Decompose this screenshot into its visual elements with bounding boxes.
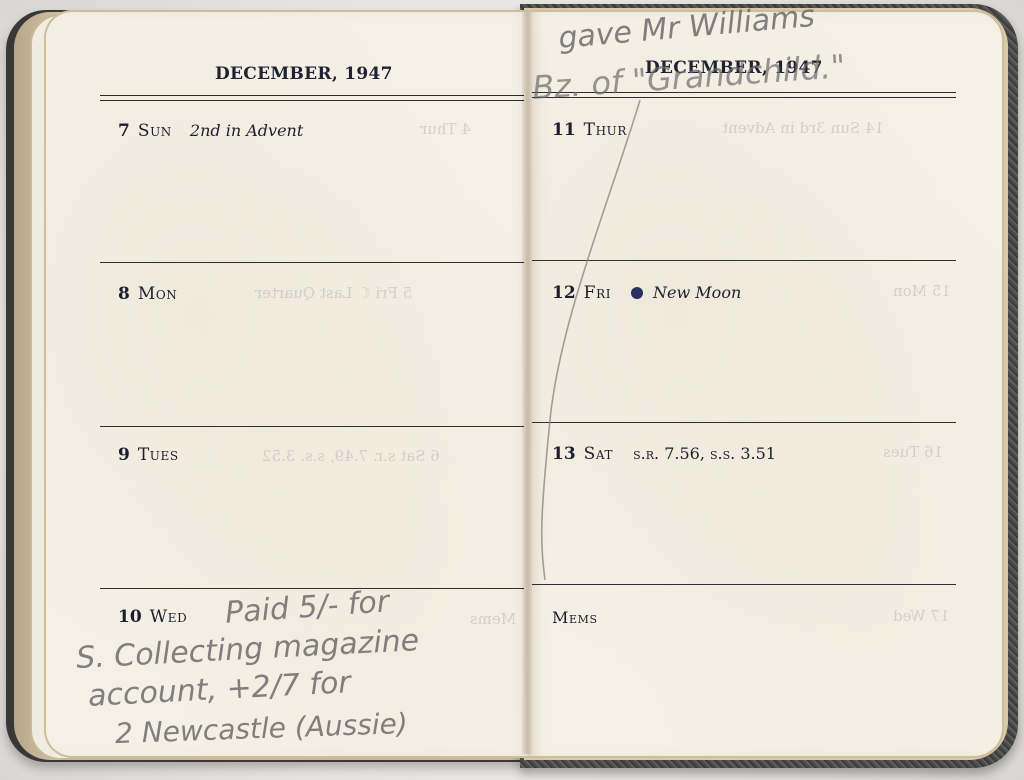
ghost-text: 4 Thur [420,120,471,138]
day-entry-12: 12FriNew Moon [552,283,741,303]
day-number: 13 [552,444,576,464]
ghost-text: 6 Sat s.r. 7.49, s.s. 3.52 [262,447,440,465]
day-divider [100,262,524,263]
ghost-text: 14 Sun 3rd in Advent [722,119,884,137]
day-note: New Moon [653,283,741,302]
day-number: 10 [118,607,142,627]
day-weekday: Wed [150,607,188,627]
header-rule-left [100,95,524,96]
day-number: 8 [118,284,130,304]
day-note: 2nd in Advent [190,121,303,140]
day-weekday: Fri [584,283,611,303]
day-weekday: Thur [584,120,627,140]
ghost-text: 17 Wed [893,607,950,625]
day-divider [532,422,956,423]
page-header-left: DECEMBER, 1947 [215,64,393,84]
day-entry-9: 9Tues [118,445,179,465]
day-number: 7 [118,121,130,141]
ghost-text: 16 Tues [883,443,943,461]
day-divider [532,584,956,585]
book-gutter [522,12,532,754]
mems-label: Mems [552,608,598,627]
day-weekday: Mon [138,284,178,304]
day-number: 11 [552,120,576,140]
day-number: 12 [552,283,576,303]
ghost-text: 5 Fri ☾ Last Quarter [255,284,412,302]
day-weekday: Sun [138,121,172,141]
ghost-text: Mems [470,610,516,628]
day-weekday: Sat [584,444,613,464]
sunrise-sunset: s.r. 7.56, s.s. 3.51 [633,444,776,463]
new-moon-icon [631,287,643,299]
day-entry-8: 8Mon [118,284,177,304]
day-divider [100,426,524,427]
day-entry-13: 13Sats.r. 7.56, s.s. 3.51 [552,444,776,464]
day-number: 9 [118,445,130,465]
day-entry-10: 10Wed [118,607,187,627]
day-entry-11: 11Thur [552,120,627,140]
day-weekday: Tues [138,445,179,465]
day-entry-7: 7Sun2nd in Advent [118,121,303,141]
ghost-text: 15 Mon [893,282,951,300]
day-divider [532,260,956,261]
